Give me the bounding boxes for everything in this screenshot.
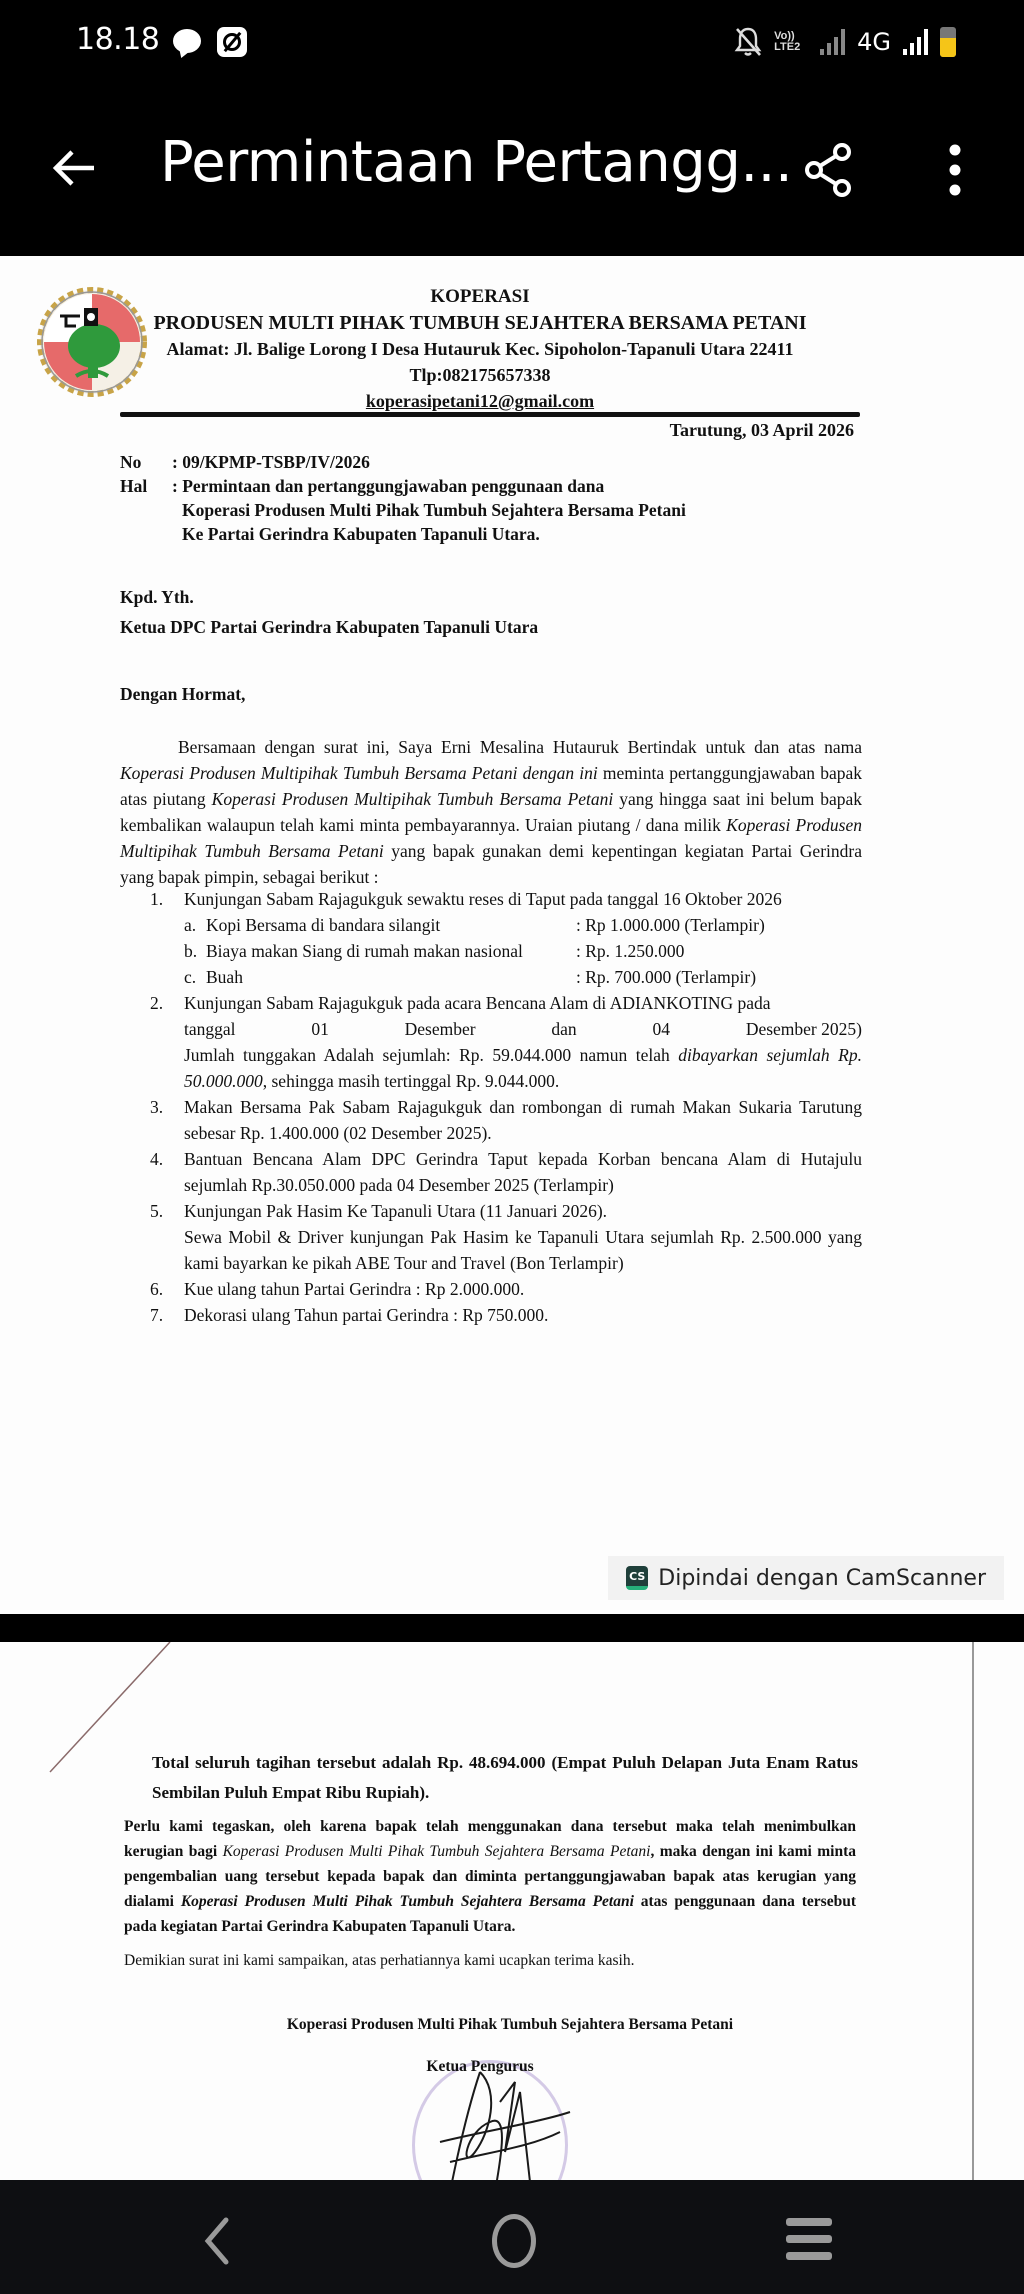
meta-hal-line2: Koperasi Produsen Multi Pihak Tumbuh Sej… (172, 498, 812, 522)
battery-icon (940, 27, 956, 57)
letter-meta: No: 09/KPMP-TSBP/IV/2026 Hal : Permintaa… (120, 450, 812, 546)
nav-home-button[interactable] (492, 2214, 536, 2268)
letterhead-address: Alamat: Jl. Balige Lorong I Desa Hutauru… (150, 336, 810, 362)
recents-icon-bar (786, 2252, 832, 2260)
bell-off-icon (734, 26, 762, 58)
place-date: Tarutung, 03 April 2026 (620, 420, 854, 441)
more-options-button[interactable] (935, 140, 975, 200)
share-icon (800, 140, 860, 200)
expense-item: 5. Kunjungan Pak Hasim Ke Tapanuli Utara… (150, 1198, 862, 1276)
expense-subitem: b.Biaya makan Siang di rumah makan nasio… (184, 938, 862, 964)
status-bar: 18.18 Vo))LTE2 4G (0, 0, 1024, 80)
recipient-name: Ketua DPC Partai Gerindra Kabupaten Tapa… (120, 612, 538, 642)
expense-item: 4.Bantuan Bencana Alam DPC Gerindra Tapu… (150, 1146, 862, 1198)
expense-subitem: a.Kopi Bersama di bandara silangit: Rp 1… (184, 912, 862, 938)
letterhead-org-type: KOPERASI (150, 284, 810, 310)
status-time: 18.18 (76, 22, 159, 57)
nav-back-button[interactable] (196, 2216, 236, 2266)
expense-list: 1. Kunjungan Sabam Rajagukguk sewaktu re… (150, 886, 862, 1328)
nav-recents-button[interactable] (786, 2218, 832, 2260)
cooperative-logo (36, 286, 148, 398)
message-notification-icon (173, 29, 201, 53)
back-button[interactable] (48, 140, 104, 196)
document-title: Permintaan Pertangg... (160, 130, 792, 195)
expense-item: 2. Kunjungan Sabam Rajagukguk pada acara… (150, 990, 862, 1094)
camscanner-watermark: CS Dipindai dengan CamScanner (608, 1556, 1004, 1600)
status-indicators: Vo))LTE2 4G (734, 24, 956, 60)
recipient: Kpd. Yth. Ketua DPC Partai Gerindra Kabu… (120, 582, 538, 642)
system-nav-bar (0, 2180, 1024, 2294)
camscanner-text: Dipindai dengan CamScanner (658, 1566, 986, 1591)
share-button[interactable] (800, 140, 860, 200)
app-bar: Permintaan Pertangg... (0, 80, 1024, 256)
meta-no-label: No (120, 450, 172, 474)
recipient-salutation: Kpd. Yth. (120, 582, 538, 612)
recents-icon-bar (786, 2218, 832, 2226)
document-page-1: KOPERASI PRODUSEN MULTI PIHAK TUMBUH SEJ… (0, 256, 1024, 1614)
total-amount-statement: Total seluruh tagihan tersebut adalah Rp… (152, 1748, 858, 1808)
signal-sim1-icon (820, 29, 845, 55)
chevron-left-icon (196, 2216, 236, 2266)
expense-subitems: a.Kopi Bersama di bandara silangit: Rp 1… (184, 912, 862, 990)
demand-paragraph: Perlu kami tegaskan, oleh karena bapak t… (124, 1814, 856, 1939)
volte-indicator: Vo))LTE2 (774, 31, 808, 53)
closing-sentence: Demikian surat ini kami sampaikan, atas … (124, 1948, 634, 1973)
recents-icon-bar (786, 2235, 832, 2243)
signature (420, 2062, 580, 2180)
arrow-left-icon (48, 140, 104, 196)
letter-body: Bersamaan dengan surat ini, Saya Erni Me… (120, 734, 862, 890)
expense-item: 7.Dekorasi ulang Tahun partai Gerindra :… (150, 1302, 862, 1328)
network-type: 4G (857, 28, 891, 56)
document-page-2: Total seluruh tagihan tersebut adalah Rp… (0, 1642, 1024, 2180)
letterhead-email: koperasipetani12@gmail.com (150, 388, 810, 414)
body-paragraph: Bersamaan dengan surat ini, Saya Erni Me… (120, 734, 862, 890)
letterhead-org-name: PRODUSEN MULTI PIHAK TUMBUH SEJAHTERA BE… (150, 310, 810, 336)
expense-item: 6.Kue ulang tahun Partai Gerindra : Rp 2… (150, 1276, 862, 1302)
letterhead: KOPERASI PRODUSEN MULTI PIHAK TUMBUH SEJ… (150, 284, 810, 414)
letterhead-phone: Tlp:082175657338 (150, 362, 810, 388)
signal-sim2-icon (903, 29, 928, 55)
meta-hal-line3: Ke Partai Gerindra Kabupaten Tapanuli Ut… (172, 522, 812, 546)
more-vertical-icon (935, 140, 975, 200)
page-edge (972, 1642, 974, 2180)
expense-item: 3.Makan Bersama Pak Sabam Rajagukguk dan… (150, 1094, 862, 1146)
signatory-role: Ketua Pengurus (380, 2058, 580, 2076)
meta-hal-line1: : Permintaan dan pertanggungjawaban peng… (172, 474, 812, 498)
expense-item: 1. Kunjungan Sabam Rajagukguk sewaktu re… (150, 886, 862, 990)
expense-subitem: c.Buah: Rp. 700.000 (Terlampir) (184, 964, 862, 990)
document-viewer[interactable]: KOPERASI PRODUSEN MULTI PIHAK TUMBUH SEJ… (0, 256, 1024, 2180)
greeting: Dengan Hormat, (120, 684, 245, 705)
signatory-org: Koperasi Produsen Multi Pihak Tumbuh Sej… (230, 2016, 790, 2034)
meta-hal-label: Hal (120, 474, 172, 546)
camscanner-icon: CS (626, 1566, 648, 1590)
app-notification-icon (217, 27, 247, 57)
meta-no-value: : 09/KPMP-TSBP/IV/2026 (172, 450, 812, 474)
letterhead-divider (120, 412, 860, 417)
